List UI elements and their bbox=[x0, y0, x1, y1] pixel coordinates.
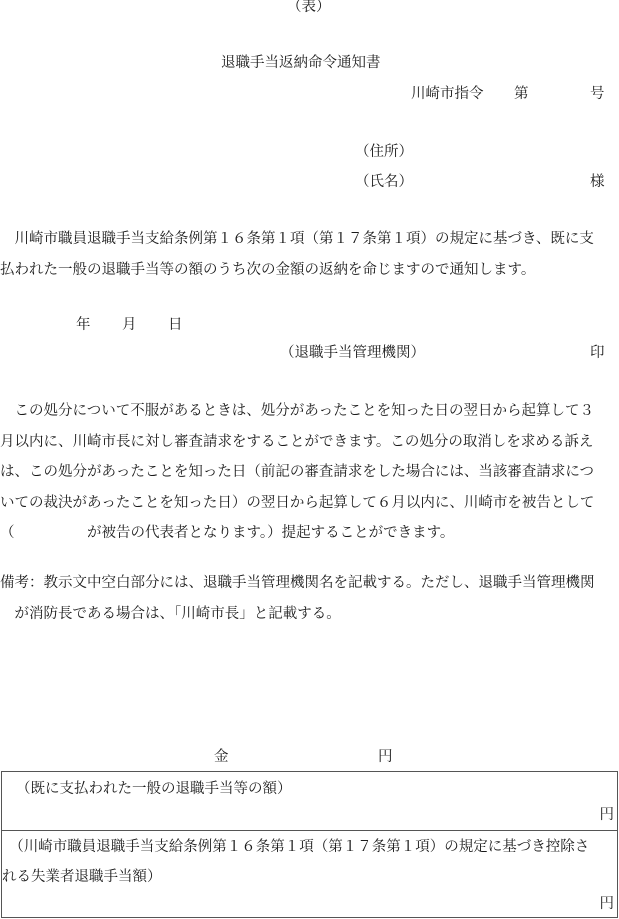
document-title: 退職手当返納命令通知書 bbox=[221, 56, 381, 71]
seal-mark: 印 bbox=[590, 346, 605, 361]
body-paragraph: 川崎市職員退職手当支給条例第１６条第１項（第１７条第１項）の規定に基づき、既に支… bbox=[0, 224, 619, 285]
appeal-notice: この処分について不服があるときは、処分があったことを知った日の翌日から起算して３… bbox=[0, 396, 619, 549]
address-label: （住所） bbox=[355, 145, 413, 160]
table-row: （川崎市職員退職手当支給条例第１６条第１項（第１７条第１項）の規定に基づき控除さ… bbox=[2, 832, 617, 918]
order-number-dai: 第 bbox=[514, 87, 529, 102]
deduction-amount-label: （川崎市職員退職手当支給条例第１６条第１項（第１７条第１項）の規定に基づき控除さ… bbox=[2, 832, 589, 892]
appeal-line: この処分について不服があるときは、処分があったことを知った日の翌日から起算して３ bbox=[0, 396, 619, 427]
side-label: （表） bbox=[287, 0, 331, 15]
honorific-sama: 様 bbox=[590, 175, 605, 190]
table-row: （既に支払われた一般の退職手当等の額） 円 bbox=[2, 772, 617, 831]
appeal-line: （ が被告の代表者となります。）提起することができます。 bbox=[0, 518, 619, 549]
order-number-go: 号 bbox=[590, 87, 605, 102]
date-month: 月 bbox=[122, 318, 137, 333]
remarks: 備考：教示文中空白部分には、退職手当管理機関名を記載する。ただし、退職手当管理機… bbox=[0, 568, 619, 629]
remarks-line: 備考：教示文中空白部分には、退職手当管理機関名を記載する。ただし、退職手当管理機… bbox=[0, 568, 619, 599]
name-label: （氏名） bbox=[355, 175, 413, 190]
amount-yen: 円 bbox=[378, 750, 393, 765]
paid-amount-unit: 円 bbox=[600, 808, 615, 823]
amount-kin: 金 bbox=[214, 750, 229, 765]
deduction-amount-unit: 円 bbox=[600, 897, 615, 912]
body-line: 払われた一般の退職手当等の額のうち次の金額の返納を命じますので通知します。 bbox=[0, 255, 619, 286]
order-number-prefix: 川崎市指令 bbox=[411, 87, 484, 102]
deduction-label-line: （川崎市職員退職手当支給条例第１６条第１項（第１７条第１項）の規定に基づき控除さ bbox=[2, 832, 589, 862]
appeal-line: は、この処分があったことを知った日（前記の審査請求をした場合には、当該審査請求に… bbox=[0, 457, 619, 488]
date-day: 日 bbox=[168, 318, 183, 333]
remarks-line: が消防長である場合は、「川崎市長」と記載する。 bbox=[0, 599, 619, 630]
body-line: 川崎市職員退職手当支給条例第１６条第１項（第１７条第１項）の規定に基づき、既に支 bbox=[0, 224, 619, 255]
appeal-line: いての裁決があったことを知った日）の翌日から起算して６月以内に、川崎市を被告とし… bbox=[0, 488, 619, 519]
deduction-label-line: れる失業者退職手当額） bbox=[2, 862, 589, 892]
appeal-line: 月以内に、川崎市長に対し審査請求をすることができます。この処分の取消しを求める訴… bbox=[0, 427, 619, 458]
amount-breakdown-table: （既に支払われた一般の退職手当等の額） 円 （川崎市職員退職手当支給条例第１６条… bbox=[1, 771, 618, 918]
date-year: 年 bbox=[76, 318, 91, 333]
paid-amount-label: （既に支払われた一般の退職手当等の額） bbox=[16, 782, 292, 797]
authority-label: （退職手当管理機関） bbox=[280, 346, 425, 361]
